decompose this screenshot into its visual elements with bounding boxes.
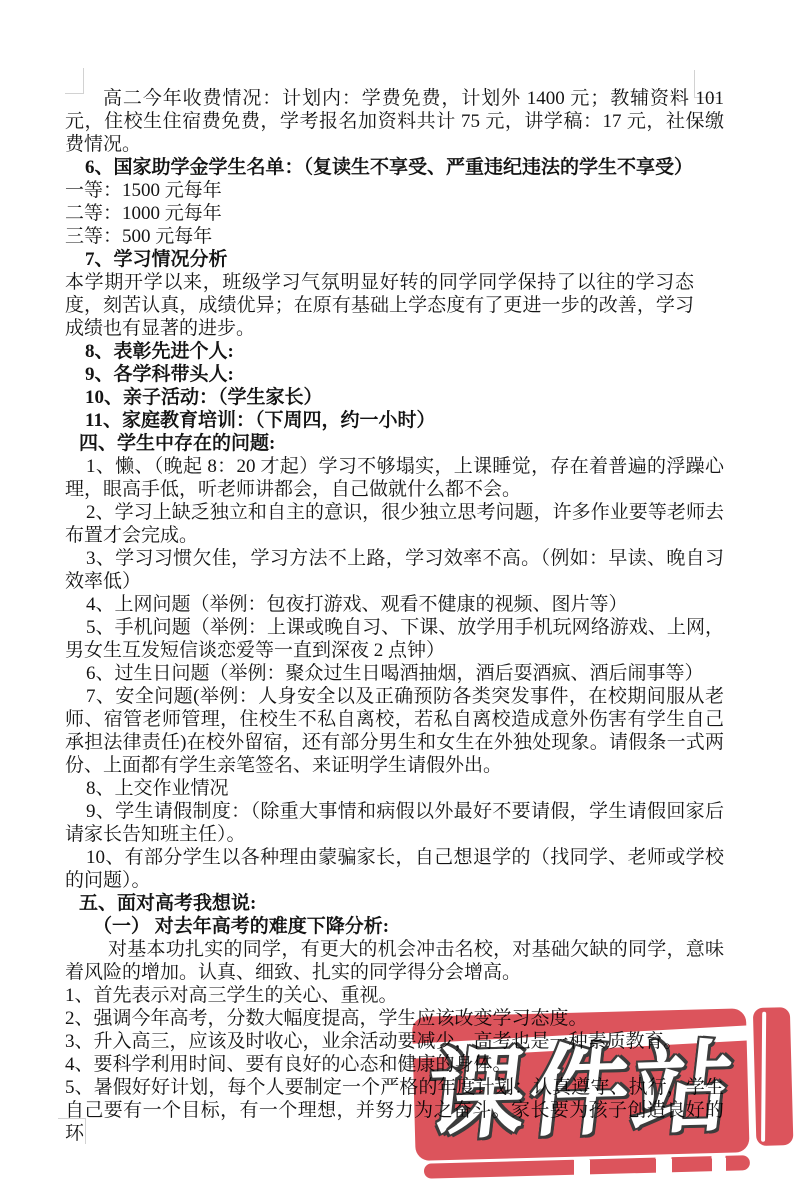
para-tuition-fees: 高二今年收费情况：计划内：学费免费，计划外 1400 元；教辅资料 101 元，… xyxy=(65,87,724,156)
document-body: 高二今年收费情况：计划内：学费免费，计划外 1400 元；教辅资料 101 元，… xyxy=(65,87,724,1145)
problem-6-birthday-parties: 6、过生日问题（举例：聚众过生日喝酒抽烟，酒后耍酒疯、酒后闹事等） xyxy=(65,662,724,685)
problem-2-independence: 2、学习上缺乏独立和自主的意识，很少独立思考问题，许多作业要等老师去布置才会完成… xyxy=(65,501,724,547)
problem-5-mobile-phone: 5、手机问题（举例：上课或晚自习、下课、放学用手机玩网络游戏、上网，男女生互发短… xyxy=(65,616,724,662)
problem-9-leave-policy: 9、学生请假制度：（除重大事情和病假以外最好不要请假，学生请假回家后请家长告知班… xyxy=(65,800,724,846)
heading-study-analysis: 7、学习情况分析 xyxy=(65,248,724,271)
problem-4-internet: 4、上网问题（举例：包夜打游戏、观看不健康的视频、图片等） xyxy=(65,593,724,616)
grade-tier-1: 一等：1500 元每年 xyxy=(65,179,724,202)
stamp-right-border-bar xyxy=(753,1007,794,1146)
gaokao-point-4: 4、要科学利用时间、要有良好的心态和健康的身体。 xyxy=(65,1053,724,1076)
para-gaokao-analysis: 对基本功扎实的同学，有更大的机会冲击名校，对基础欠缺的同学，意味着风险的增加。认… xyxy=(65,938,724,984)
heading-commend-individuals: 8、表彰先进个人: xyxy=(65,340,724,363)
gaokao-point-2: 2、强调今年高考，分数大幅度提高，学生应该改变学习态度。 xyxy=(65,1007,724,1030)
heading-subject-leaders: 9、各学科带头人: xyxy=(65,363,724,386)
heading-scholarship-list: 6、国家助学金学生名单：（复读生不享受、严重违纪违法的学生不享受） xyxy=(65,156,724,179)
gaokao-point-3: 3、升入高三，应该及时收心，业余活动要减少，高考也是一种素质教育。 xyxy=(65,1030,724,1053)
gaokao-point-5: 5、暑假好好计划，每个人要制定一个严格的年度计划：认真遵守、执行，学生自己要有一… xyxy=(65,1076,724,1145)
problem-1-laziness: 1、懒、（晚起 8：20 才起）学习不够塌实，上课睡觉，存在着普遍的浮躁心理，眼… xyxy=(65,455,724,501)
gaokao-point-1: 1、首先表示对高三学生的关心、重视。 xyxy=(65,984,724,1007)
stamp-bottom-dashes xyxy=(424,1155,750,1179)
heading-parent-child-activity: 10、亲子活动：（学生家长） xyxy=(65,386,724,409)
problem-8-homework: 8、上交作业情况 xyxy=(65,777,724,800)
heading-section4-problems: 四、学生中存在的问题: xyxy=(65,432,724,455)
para-study-analysis: 本学期开学以来，班级学习气氛明显好转的同学同学保持了以往的学习态度，刻苦认真，成… xyxy=(65,271,694,340)
problem-3-study-habits: 3、学习习惯欠佳，学习方法不上路，学习效率不高。（例如：早读、晚自习效率低） xyxy=(65,547,724,593)
problem-10-dropout: 10、有部分学生以各种理由蒙骗家长，自己想退学的（找同学、老师或学校的问题）。 xyxy=(65,846,724,892)
grade-tier-2: 二等：1000 元每年 xyxy=(65,202,724,225)
grade-tier-3: 三等：500 元每年 xyxy=(65,225,724,248)
heading-section5-gaokao: 五、面对高考我想说: xyxy=(65,892,724,915)
problem-7-safety: 7、安全问题(举例：人身安全以及正确预防各类突发事件，在校期间服从老师、宿管老师… xyxy=(65,685,724,777)
heading-gaokao-difficulty: （一） 对去年高考的难度下降分析: xyxy=(65,915,724,938)
heading-family-education: 11、家庭教育培训：（下周四，约一小时） xyxy=(65,409,724,432)
document-page: 高二今年收费情况：计划内：学费免费，计划外 1400 元；教辅资料 101 元，… xyxy=(0,0,800,1200)
